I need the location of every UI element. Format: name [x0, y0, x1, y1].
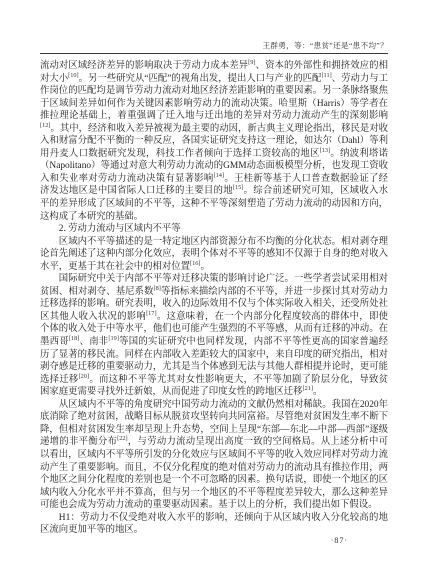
page-number: ·87·	[40, 536, 388, 545]
paragraph: 流动对区域经济差异的影响取决于劳动力成本差异[9]、资本的外部性和拥挤效应的相对…	[40, 60, 388, 223]
running-head: 王群勇，等：“患贫”还是“患不均”？	[40, 40, 388, 51]
document-page: 王群勇，等：“患贫”还是“患不均”？ 流动对区域经济差异的影响取决于劳动力成本差…	[0, 0, 427, 579]
paragraph: 国际研究中关于内部不平等对迁移决策的影响讨论广泛。一些学者尝试采用相对贫困、相对…	[40, 273, 388, 398]
citation-ref: [13]	[320, 147, 331, 154]
paragraph: 区域内不平等描述的是一特定地区内部资源分布不均衡的分化状态。相对剥夺理论首先阐述…	[40, 236, 388, 274]
citation-ref: [21]	[303, 385, 314, 392]
section-heading: 2. 劳动力流动与区域内不平等	[40, 223, 388, 236]
citation-ref: [12]	[40, 122, 51, 129]
citation-ref: [18]	[69, 335, 80, 342]
paragraph: H1：劳动力不仅受绝对收入水平的影响，还倾向于从区域内收入分化较高的地区流向更加…	[40, 512, 388, 537]
citation-ref: [9]	[248, 59, 255, 66]
citation-ref: [19]	[108, 335, 119, 342]
citation-ref: [10]	[68, 71, 79, 78]
citation-ref: [11]	[321, 71, 331, 78]
citation-ref: [15]	[233, 184, 244, 191]
article-body: 流动对区域经济差异的影响取决于劳动力成本差异[9]、资本的外部性和拥挤效应的相对…	[40, 60, 388, 537]
citation-ref: [20]	[79, 373, 90, 380]
header-rule-divider	[40, 53, 388, 54]
citation-ref: [22]	[117, 435, 128, 442]
paragraph: 从区域内不平等的角度研究中国劳动力流动的文献仍然相对稀缺。我国在2020年底消除…	[40, 399, 388, 512]
citation-ref: [17]	[146, 310, 157, 317]
citation-ref: [8]	[154, 285, 161, 292]
citation-ref: [16]	[190, 260, 201, 267]
citation-ref: [14]	[214, 172, 225, 179]
